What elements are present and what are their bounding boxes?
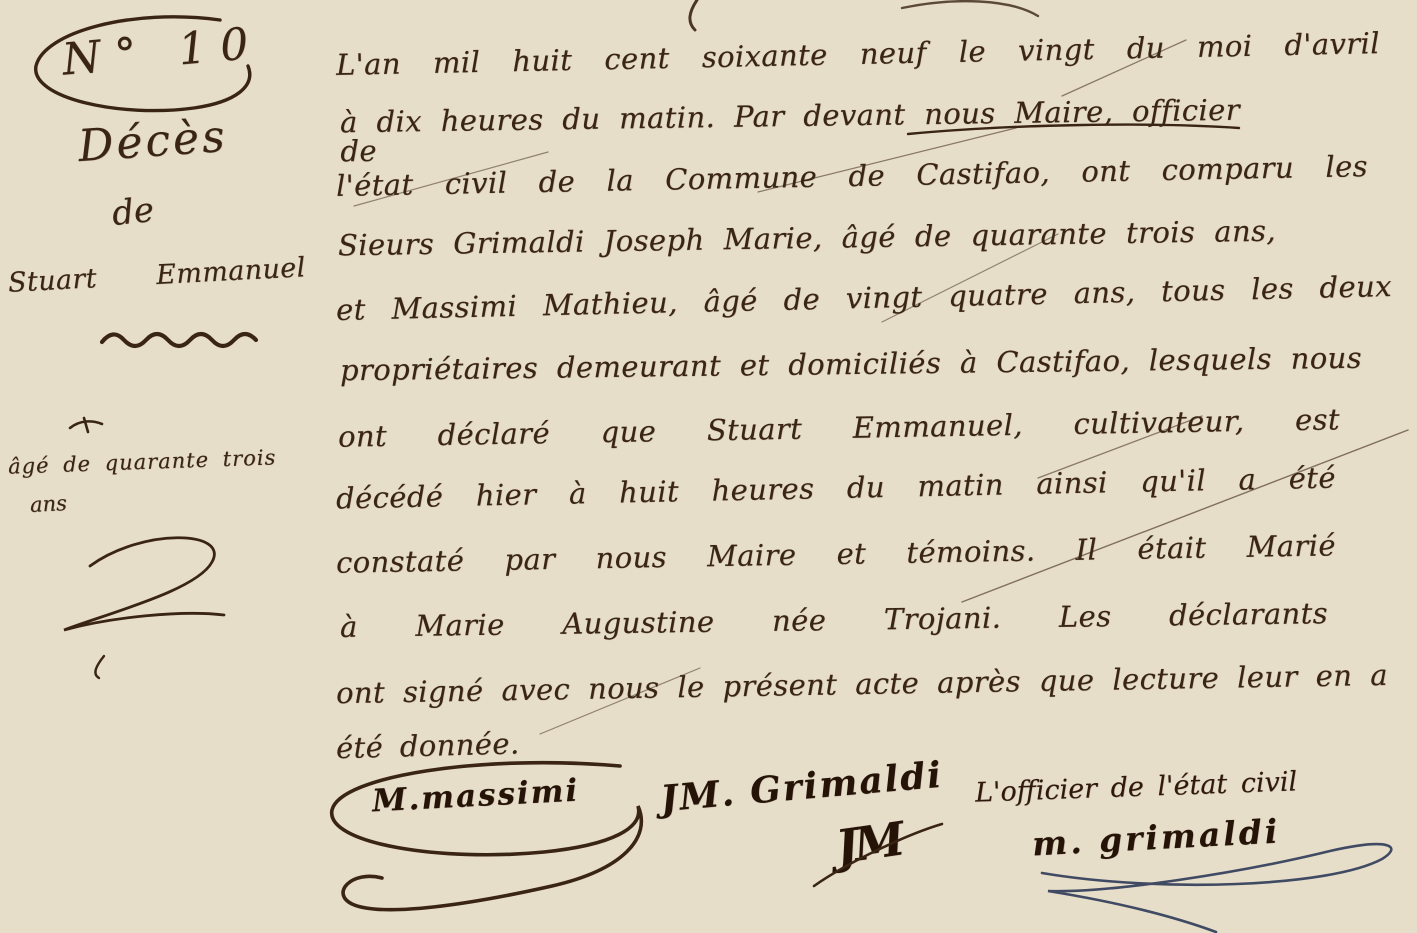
- signature-grimaldi-paraph: JM: [833, 812, 905, 874]
- signature-officer: m. grimaldi: [1031, 812, 1281, 864]
- body-line: été donnée.: [336, 726, 657, 768]
- body-line: L'an mil huit cent soixante neuf le ving…: [336, 29, 1380, 85]
- body-line: propriétaires demeurant et domiciliés à …: [340, 344, 1362, 390]
- signature-massimi: M.massimi: [371, 773, 580, 820]
- body-line: ont signé avec nous le présent acte aprè…: [336, 661, 1388, 713]
- body-line: et Massimi Mathieu, âgé de vingt quatre …: [336, 272, 1392, 330]
- body-line: constaté par nous Maire et témoins. Il é…: [336, 531, 1336, 582]
- record-number: N° 10: [60, 17, 264, 85]
- body-line: ont déclaré que Stuart Emmanuel, cultiva…: [338, 405, 1340, 456]
- margin-age-note-ans: ans: [29, 491, 67, 517]
- body-line: à dix heures du matin. Par devant nous M…: [340, 96, 1240, 143]
- body-line: décédé hier à huit heures du matin ainsi…: [336, 464, 1336, 519]
- body-line: l'état civil de la Commune de Castifao, …: [336, 152, 1368, 206]
- name-underline-squiggle: [98, 326, 268, 350]
- register-page: N° 10 Décès de Stuart Emmanuel âgé de qu…: [0, 0, 1417, 933]
- margin-title-deces: Décès: [76, 111, 229, 172]
- margin-deceased-name: Stuart Emmanuel: [7, 254, 306, 304]
- margin-age-note: âgé de quarante trois: [8, 445, 277, 478]
- margin-plus-mark: [66, 414, 106, 436]
- body-line: Sieurs Grimaldi Joseph Marie, âgé de qua…: [338, 217, 1276, 266]
- margin-paraph-flourish: [52, 520, 242, 680]
- body-line: à Marie Augustine née Trojani. Les décla…: [340, 599, 1328, 647]
- signature-grimaldi-witness: JM. Grimaldi: [659, 754, 945, 821]
- officer-title: L'officier de l'état civil: [975, 766, 1298, 808]
- margin-title-de: de: [110, 190, 156, 234]
